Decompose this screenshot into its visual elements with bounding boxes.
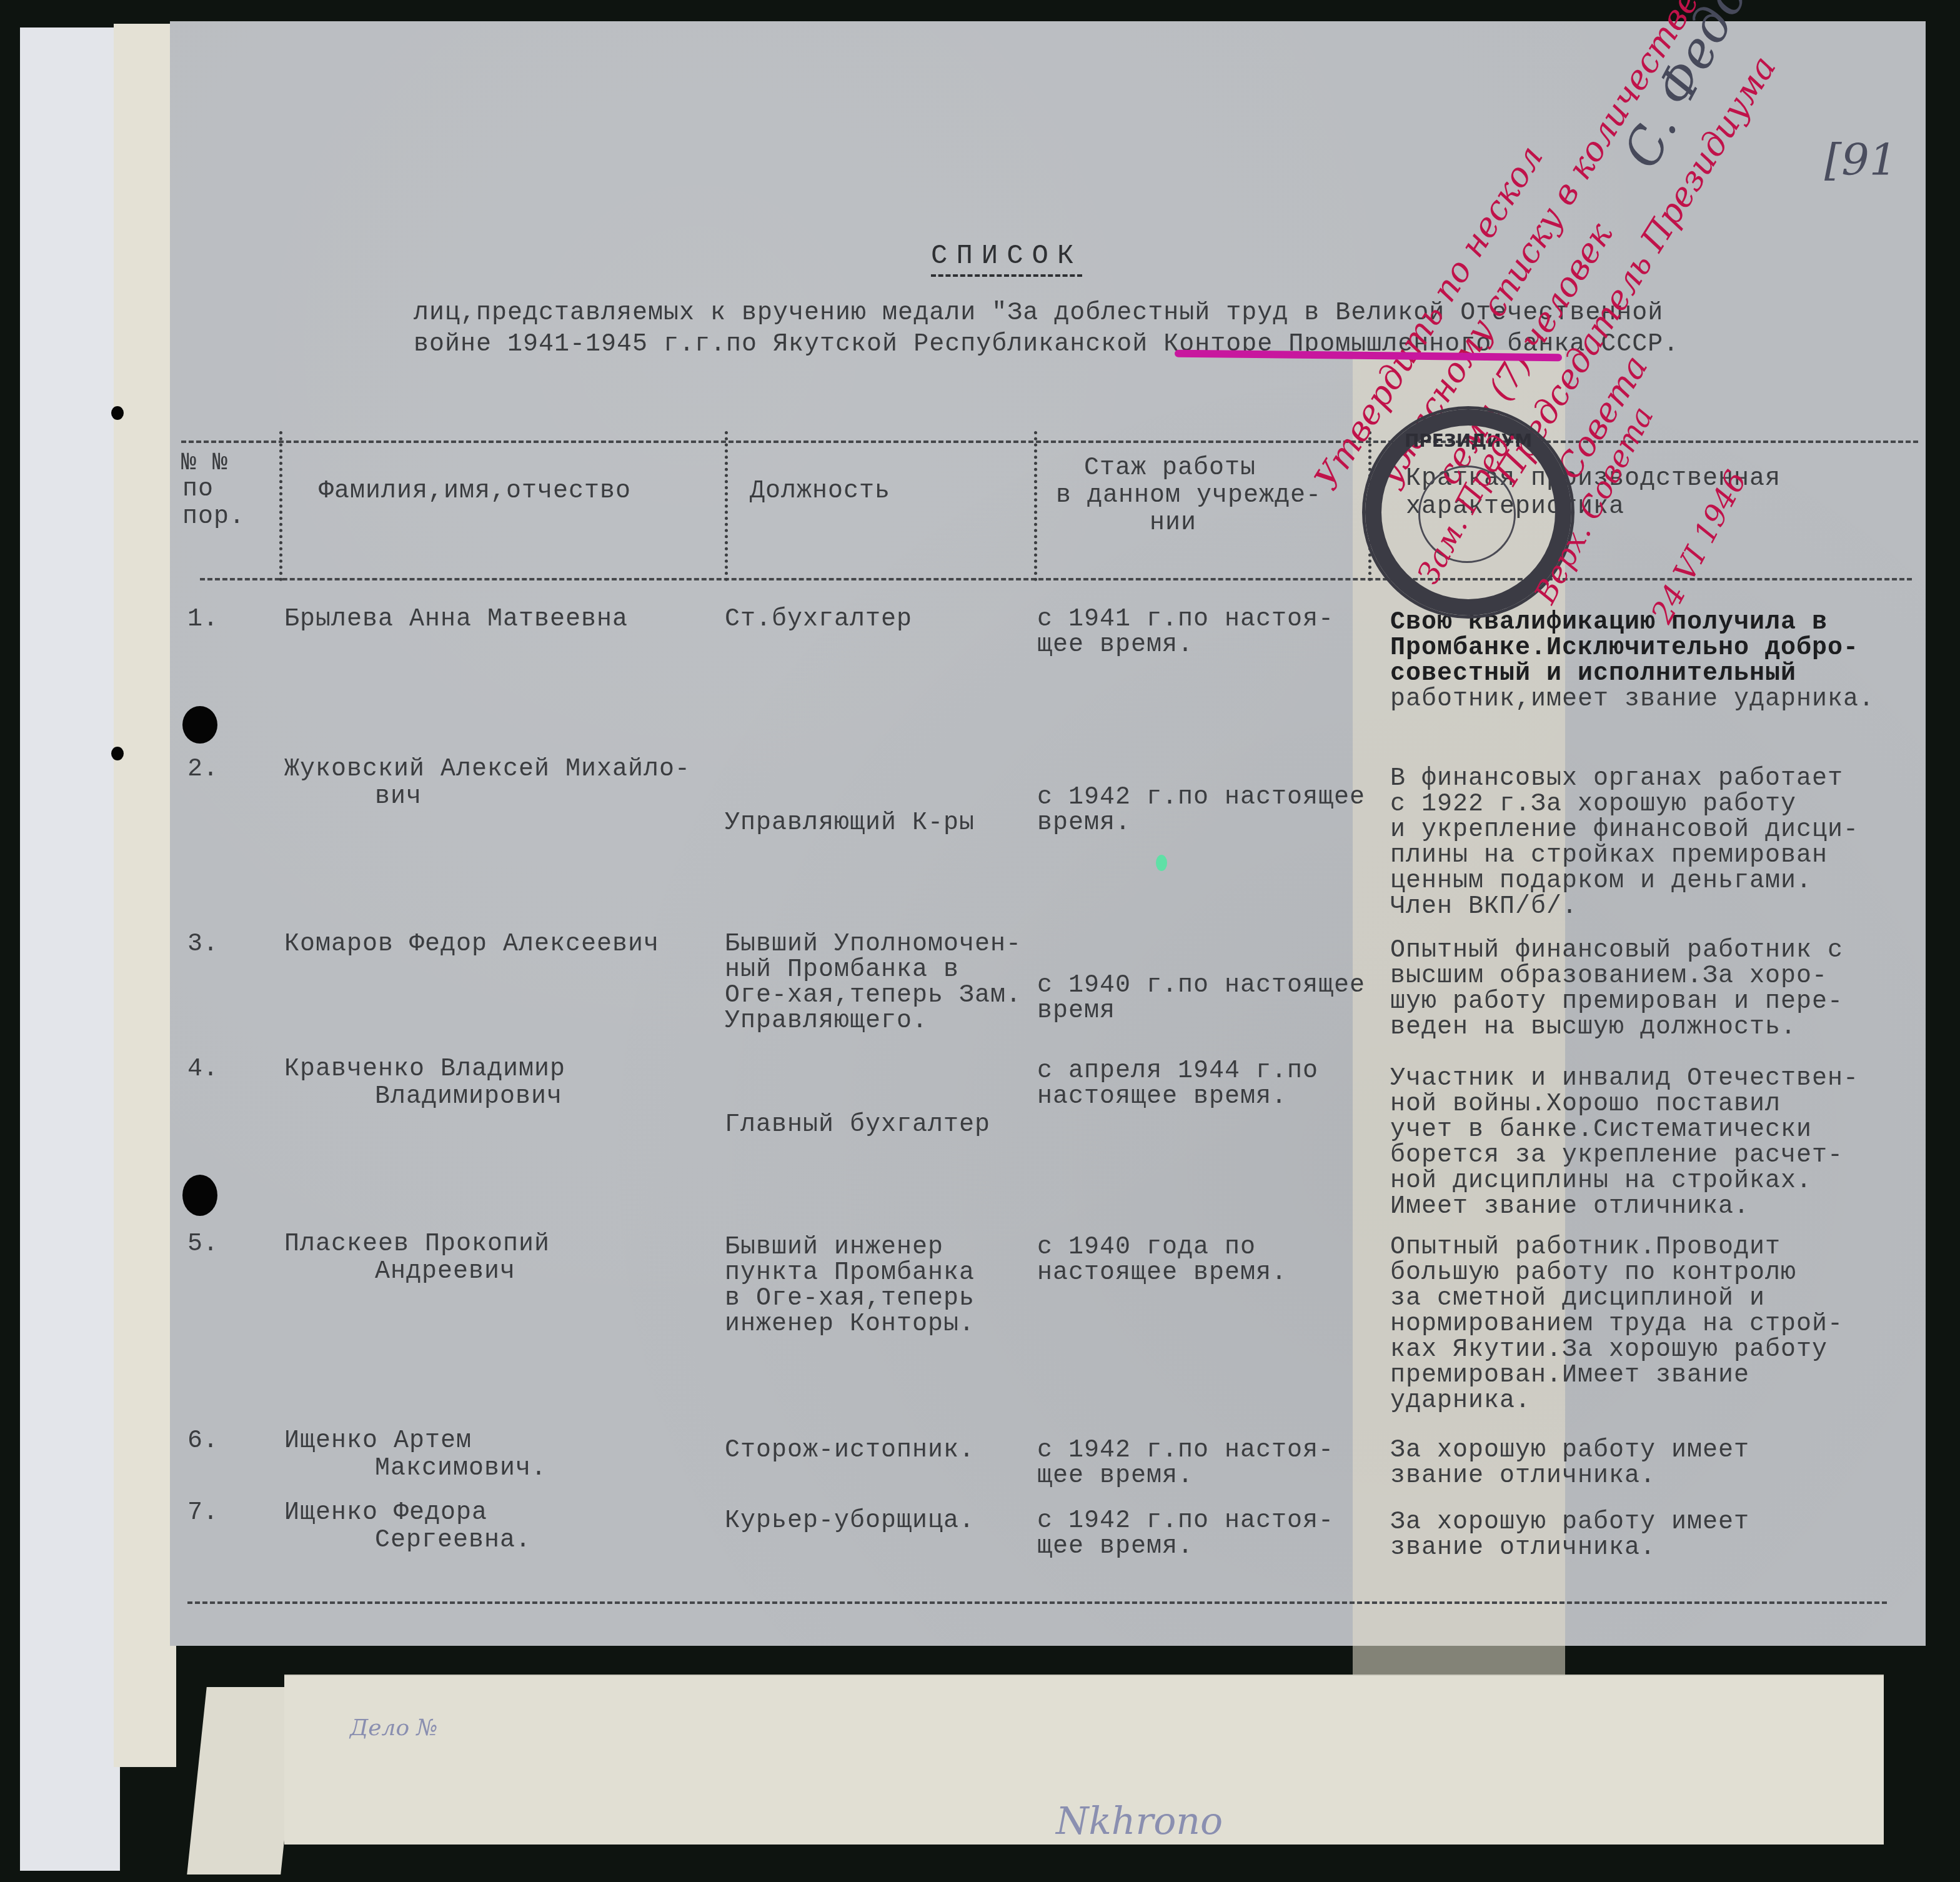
punch-hole xyxy=(111,747,124,760)
row-number: 5. xyxy=(187,1231,219,1258)
person-name: Сергеевна. xyxy=(375,1527,531,1555)
repair-tape-corner xyxy=(187,1687,301,1875)
person-position: ный Промбанка в xyxy=(725,957,959,984)
person-characteristic: Член ВКП/б/. xyxy=(1390,894,1578,921)
person-characteristic: ках Якутии.За хорошую работу xyxy=(1390,1337,1828,1364)
header-tenure-line: в данном учрежде- xyxy=(1056,482,1321,510)
person-position: в Оге-хая,теперь xyxy=(725,1285,975,1313)
person-characteristic: за сметной дисциплиной и xyxy=(1390,1285,1765,1313)
table-bottom-border xyxy=(187,1601,1887,1604)
person-characteristic: премирован.Имеет звание xyxy=(1390,1362,1749,1390)
header-tenure-line: нии xyxy=(1150,510,1196,537)
person-characteristic: высшим образованием.За хоро- xyxy=(1390,963,1828,990)
person-characteristic: и укрепление финансовой дисци- xyxy=(1390,817,1859,844)
person-characteristic: борется за укрепление расчет- xyxy=(1390,1142,1843,1170)
person-characteristic: ударника. xyxy=(1390,1388,1531,1415)
person-tenure: с 1940 года по xyxy=(1037,1234,1256,1262)
person-characteristic: плины на стройках премирован xyxy=(1390,842,1828,870)
backing-sheet xyxy=(20,27,120,1871)
person-characteristic: звание отличника. xyxy=(1390,1535,1656,1562)
header-number-line: по xyxy=(182,476,214,504)
person-characteristic: За хорошую работу имеет xyxy=(1390,1509,1749,1536)
person-characteristic: шую работу премирован и пере- xyxy=(1390,988,1843,1016)
person-tenure: с апреля 1944 г.по xyxy=(1037,1058,1318,1085)
document-title: СПИСОК xyxy=(931,241,1082,277)
person-tenure: щее время. xyxy=(1037,632,1193,659)
person-characteristic: Имеет звание отличника. xyxy=(1390,1193,1749,1221)
person-characteristic: Участник и инвалид Отечествен- xyxy=(1390,1065,1859,1093)
person-characteristic: В финансовых органах работает xyxy=(1390,765,1843,793)
person-characteristic: большую работу по контролю xyxy=(1390,1260,1796,1287)
person-name: Максимович. xyxy=(375,1455,547,1483)
person-characteristic: Опытный финансовый работник с xyxy=(1390,937,1843,965)
header-number-line: пор. xyxy=(182,504,245,531)
header-name: Фамилия,имя,отчество xyxy=(319,478,631,505)
punch-hole xyxy=(182,706,217,744)
person-name: Пласкеев Прокопий xyxy=(284,1231,550,1258)
row-number: 2. xyxy=(187,756,219,784)
person-characteristic: Опытный работник.Проводит xyxy=(1390,1234,1781,1262)
pencil-signature: Nkhrono xyxy=(1056,1800,1223,1843)
person-tenure: время. xyxy=(1037,810,1131,837)
scan-artifact-dot xyxy=(1156,855,1167,871)
person-position: пункта Промбанка xyxy=(725,1260,975,1287)
person-position: Управляющий К-ры xyxy=(725,810,975,837)
person-characteristic: учет в банке.Систематически xyxy=(1390,1117,1812,1144)
person-tenure: настоящее время. xyxy=(1037,1260,1287,1287)
header-number-line: № № xyxy=(181,450,228,477)
person-characteristic: с 1922 г.За хорошую работу xyxy=(1390,791,1796,819)
seal-note-line: Зам. Пред. xyxy=(1410,347,1563,590)
person-characteristic: ной дисциплины на стройках. xyxy=(1390,1168,1812,1195)
person-tenure: с 1940 г.по настоящее xyxy=(1037,972,1365,1000)
row-number: 3. xyxy=(187,931,219,958)
person-position: Ст.бухгалтер xyxy=(725,606,912,634)
person-characteristic: ной войны.Хорошо поставил xyxy=(1390,1091,1781,1118)
row-number: 1. xyxy=(187,606,219,634)
person-name: Брылева Анна Матвеевна xyxy=(284,606,628,634)
person-name: Владимирович xyxy=(375,1083,562,1111)
person-name: вич xyxy=(375,784,422,811)
person-name: Жуковский Алексей Михайло- xyxy=(284,756,690,784)
seal-note-line: Верх. Совета xyxy=(1526,401,1661,610)
person-tenure: щее время. xyxy=(1037,1463,1193,1490)
header-position: Должность xyxy=(750,478,890,505)
backing-tape-strip xyxy=(114,24,176,1767)
person-name: Андреевич xyxy=(375,1258,515,1286)
person-tenure: щее время. xyxy=(1037,1533,1193,1561)
person-characteristic: нормированием труда на строй- xyxy=(1390,1311,1843,1338)
person-tenure: настоящее время. xyxy=(1037,1083,1287,1111)
person-name: Ищенко Федора xyxy=(284,1500,487,1527)
person-characteristic: За хорошую работу имеет xyxy=(1390,1437,1749,1465)
person-characteristic: ценным подарком и деньгами. xyxy=(1390,868,1812,895)
page-number: [91 xyxy=(1824,134,1897,186)
punch-hole xyxy=(182,1175,217,1216)
person-characteristic: звание отличника. xyxy=(1390,1463,1656,1490)
person-position: Оге-хая,теперь Зам. xyxy=(725,982,1022,1010)
header-tenure-line: Стаж работы xyxy=(1084,455,1256,482)
person-tenure: с 1942 г.по настоя- xyxy=(1037,1508,1334,1535)
row-number: 6. xyxy=(187,1428,219,1455)
person-name: Комаров Федор Алексеевич xyxy=(284,931,659,958)
person-position: Управляющего. xyxy=(725,1008,928,1035)
person-name: Ищенко Артем xyxy=(284,1428,472,1455)
row-number: 4. xyxy=(187,1056,219,1083)
person-tenure: время xyxy=(1037,998,1115,1025)
pencil-note: Дело № xyxy=(350,1715,438,1741)
column-divider xyxy=(279,431,282,581)
person-position: Бывший Уполномочен- xyxy=(725,931,1022,958)
column-divider xyxy=(725,431,728,581)
row-number: 7. xyxy=(187,1500,219,1527)
person-tenure: с 1941 г.по настоя- xyxy=(1037,606,1334,634)
person-position: инженер Конторы. xyxy=(725,1311,975,1338)
person-position: Бывший инженер xyxy=(725,1234,943,1262)
person-characteristic: веден на высшую должность. xyxy=(1390,1014,1796,1042)
punch-hole xyxy=(111,406,124,420)
column-divider xyxy=(1034,431,1037,581)
person-tenure: с 1942 г.по настоящее xyxy=(1037,784,1365,812)
person-position: Главный бухгалтер xyxy=(725,1112,990,1139)
person-name: Кравченко Владимир xyxy=(284,1056,565,1083)
person-position: Курьер-уборщица. xyxy=(725,1508,975,1535)
person-position: Сторож-истопник. xyxy=(725,1437,975,1465)
person-tenure: с 1942 г.по настоя- xyxy=(1037,1437,1334,1465)
